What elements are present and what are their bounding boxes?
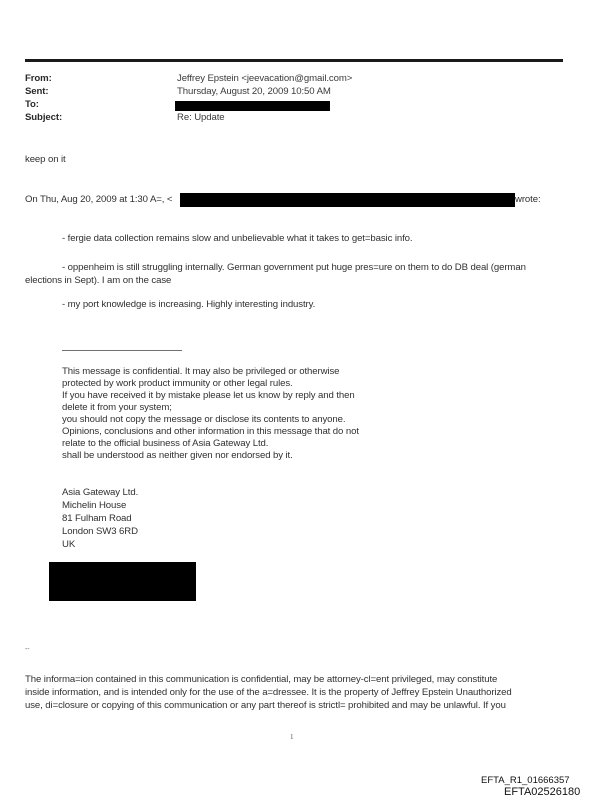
disclaimer: This message is confidential. It may als… (62, 366, 359, 462)
address-line: UK (62, 538, 138, 551)
sent-value: Thursday, August 20, 2009 10:50 AM (177, 86, 331, 98)
bullet-oppenheim: - oppenheim is still struggling internal… (62, 262, 526, 274)
subject-value: Re: Update (177, 112, 225, 124)
page-number: 1 (290, 733, 294, 741)
bullet-port: - my port knowledge is increasing. Highl… (62, 299, 315, 311)
signature-redaction (49, 562, 196, 601)
address-line: Asia Gateway Ltd. (62, 486, 138, 499)
bates-number-1: EFTA_R1_01666357 (481, 775, 570, 786)
address-line: 81 Fulham Road (62, 512, 138, 525)
notice-line: inside information, and is intended only… (25, 686, 512, 699)
bates-number-2: EFTA02526180 (504, 786, 580, 798)
bullet-oppenheim-cont: elections in Sept). I am on the case (25, 275, 171, 287)
to-label: To: (25, 99, 39, 111)
from-label: From: (25, 73, 52, 85)
reply-text: keep on it (25, 154, 66, 166)
subject-label: Subject: (25, 112, 62, 124)
to-redaction (175, 101, 330, 111)
disclaimer-line: delete it from your system; (62, 402, 359, 414)
sent-label: Sent: (25, 86, 49, 98)
quote-intro-prefix: On Thu, Aug 20, 2009 at 1:30 A=, < (25, 194, 172, 206)
notice-line: use, di=closure or copying of this commu… (25, 699, 512, 712)
address-line: Michelin House (62, 499, 138, 512)
header-rule (25, 59, 563, 62)
disclaimer-line: shall be understood as neither given nor… (62, 450, 359, 462)
signature-rule (62, 350, 182, 351)
company-address: Asia Gateway Ltd. Michelin House 81 Fulh… (62, 486, 138, 551)
from-value: Jeffrey Epstein <jeevacation@gmail.com> (177, 73, 352, 85)
notice-line: The informa=ion contained in this commun… (25, 673, 512, 686)
confidentiality-notice: The informa=ion contained in this commun… (25, 673, 512, 712)
disclaimer-line: relate to the official business of Asia … (62, 438, 359, 450)
sender-redaction (180, 193, 515, 207)
disclaimer-line: Opinions, conclusions and other informat… (62, 426, 359, 438)
disclaimer-line: you should not copy the message or discl… (62, 414, 359, 426)
separator: -- (25, 644, 29, 656)
quote-intro-suffix: wrote: (515, 194, 541, 206)
address-line: London SW3 6RD (62, 525, 138, 538)
disclaimer-line: If you have received it by mistake pleas… (62, 390, 359, 402)
bullet-fergie: - fergie data collection remains slow an… (62, 233, 412, 245)
disclaimer-line: This message is confidential. It may als… (62, 366, 359, 378)
disclaimer-line: protected by work product immunity or ot… (62, 378, 359, 390)
